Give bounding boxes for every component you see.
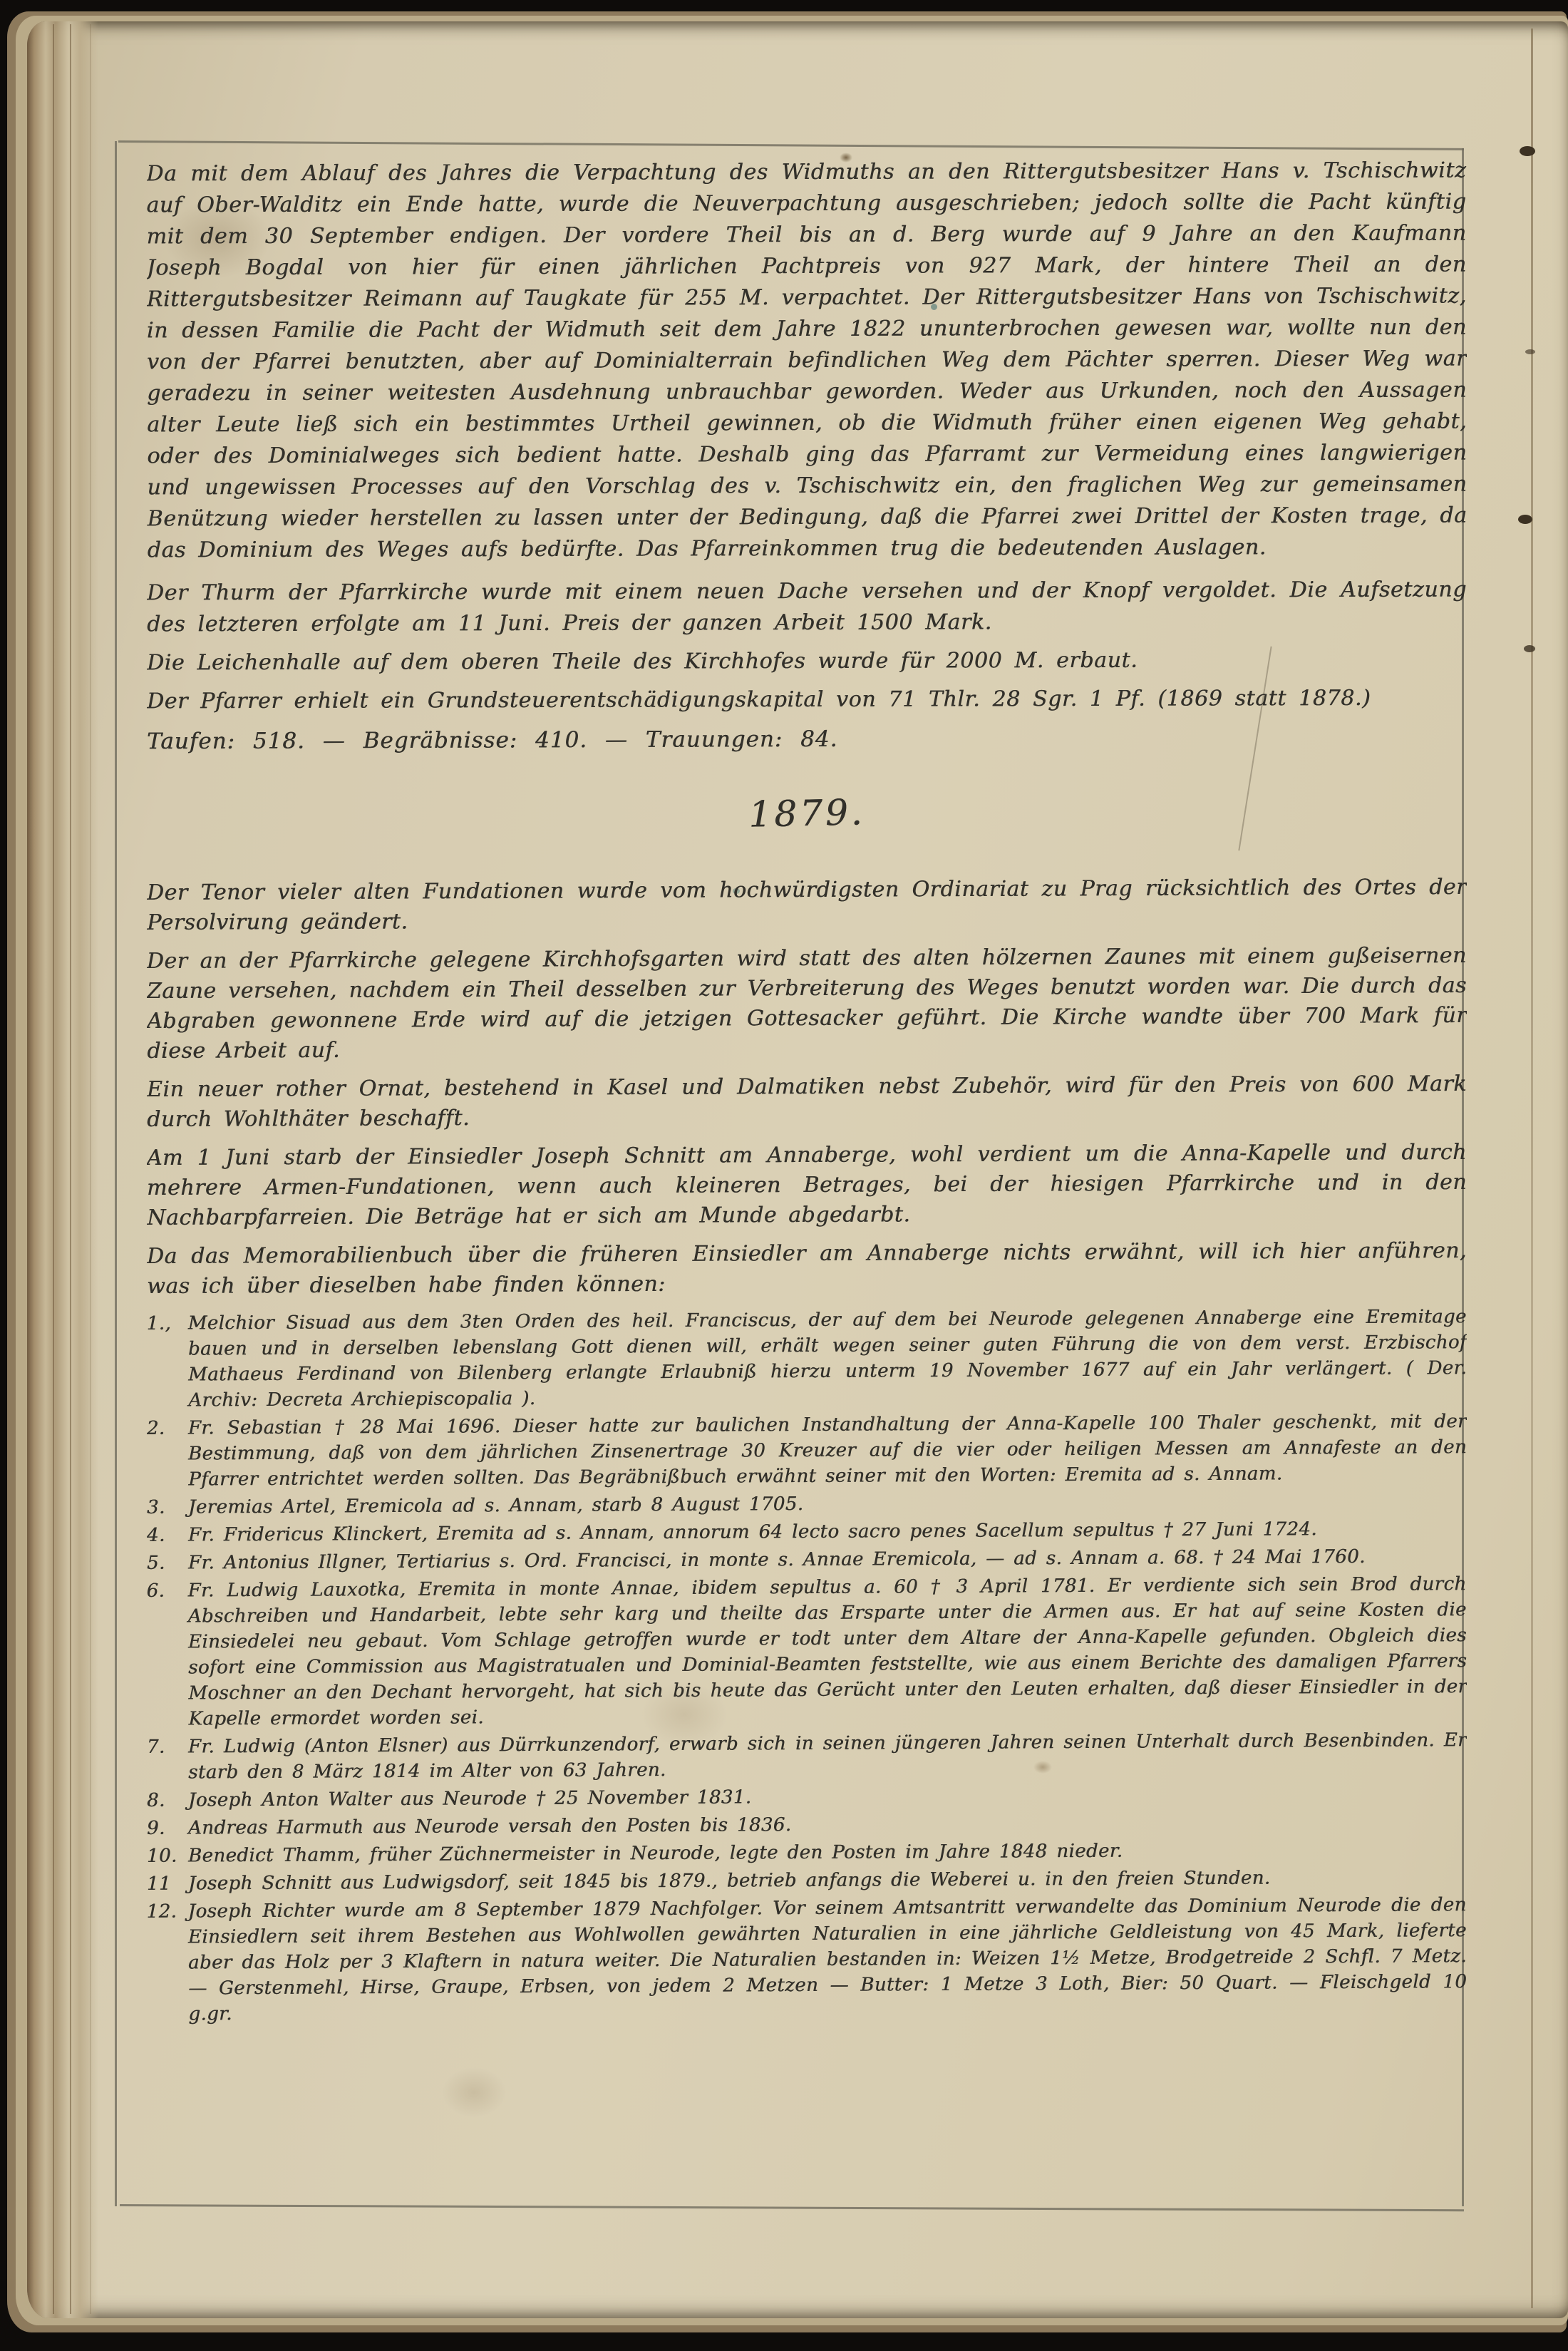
parish-statistics-line: Taufen: 518. — Begräbnisse: 410. — Trauu… — [147, 721, 1467, 758]
list-item-text: Jeremias Artel, Eremicola ad s. Annam, s… — [188, 1493, 803, 1518]
paragraph-tax-compensation: Der Pfarrer erhielt ein Grundsteuerentsc… — [147, 683, 1467, 718]
list-item: 12. Joseph Richter wurde am 8 September … — [147, 1892, 1467, 2027]
list-item-number: 11 — [147, 1871, 182, 1897]
list-item-text: Fr. Ludwig Lauxotka, Eremita in monte An… — [187, 1573, 1467, 1729]
list-item-number: 9. — [147, 1816, 182, 1841]
page-fold-line — [1531, 29, 1533, 2308]
list-item: 3. Jeremias Artel, Eremicola ad s. Annam… — [147, 1488, 1467, 1521]
list-item-text: Joseph Schnitt aus Ludwigsdorf, seit 184… — [188, 1868, 1271, 1895]
list-item-number: 4. — [147, 1523, 182, 1548]
paragraph-kirchhofsgarten: Der an der Pfarrkirche gelegene Kirchhof… — [147, 941, 1467, 1066]
list-item: 7. Fr. Ludwig (Anton Elsner) aus Dürrkun… — [147, 1727, 1467, 1786]
list-item-number: 3. — [147, 1495, 182, 1521]
scanned-book-page: Da mit dem Ablauf des Jahres die Verpach… — [0, 0, 1568, 2351]
list-item-number: 1., — [147, 1311, 182, 1337]
list-item-number: 8. — [147, 1788, 182, 1814]
list-item-text: Joseph Anton Walter aus Neurode † 25 Nov… — [188, 1786, 751, 1811]
paragraph-memorabilienbuch: Da das Memorabilienbuch über die frühere… — [147, 1236, 1467, 1302]
pencil-rule-left — [115, 141, 117, 2206]
wormhole — [1525, 349, 1535, 354]
gutter-page-edge-line — [90, 24, 91, 2314]
list-item-number: 10. — [147, 1843, 182, 1869]
wormhole — [1520, 146, 1535, 156]
list-item: 10. Benedict Thamm, früher Züchnermeiste… — [147, 1836, 1467, 1869]
list-item-text: Andreas Harmuth aus Neurode versah den P… — [188, 1814, 791, 1838]
list-item-number: 12. — [147, 1899, 182, 1925]
paragraph-church-tower: Der Thurm der Pfarrkirche wurde mit eine… — [147, 575, 1467, 641]
list-item: 4. Fr. Fridericus Klinckert, Eremita ad … — [147, 1516, 1467, 1548]
wormhole — [1518, 515, 1532, 524]
gutter-page-edge-line — [70, 24, 71, 2314]
paragraph-widmuth-lease: Da mit dem Ablauf des Jahres die Verpach… — [147, 157, 1467, 566]
year-heading: 1879. — [147, 779, 1467, 848]
list-item-number: 7. — [147, 1734, 182, 1760]
list-item: 1., Melchior Sisuad aus dem 3ten Orden d… — [147, 1304, 1467, 1414]
list-item-text: Fr. Antonius Illgner, Tertiarius s. Ord.… — [188, 1546, 1366, 1574]
list-item: 8. Joseph Anton Walter aus Neurode † 25 … — [147, 1781, 1467, 1814]
gutter-page-edge-line — [53, 24, 54, 2314]
paragraph-mortuary: Die Leichenhalle auf dem oberen Theile d… — [147, 644, 1467, 679]
hermit-list: 1., Melchior Sisuad aus dem 3ten Orden d… — [147, 1307, 1467, 2024]
list-item: 11 Joseph Schnitt aus Ludwigsdorf, seit … — [147, 1864, 1467, 1897]
section-1879: Der Tenor vieler alten Fundationen wurde… — [147, 875, 1467, 1299]
list-item-text: Joseph Richter wurde am 8 September 1879… — [188, 1894, 1467, 2025]
list-item: 2. Fr. Sebastian † 28 Mai 1696. Dieser h… — [147, 1409, 1467, 1493]
list-item-text: Fr. Fridericus Klinckert, Eremita ad s. … — [188, 1518, 1317, 1545]
list-item-text: Benedict Thamm, früher Züchnermeister in… — [188, 1841, 1123, 1867]
list-item: 6. Fr. Ludwig Lauxotka, Eremita in monte… — [147, 1571, 1467, 1732]
paragraph-ornat: Ein neuer rother Ornat, bestehend in Kas… — [147, 1069, 1467, 1135]
list-item: 5. Fr. Antonius Illgner, Tertiarius s. O… — [147, 1543, 1467, 1576]
wormhole — [1524, 645, 1535, 652]
list-item-number: 6. — [147, 1578, 182, 1604]
section-1878-closing: Da mit dem Ablauf des Jahres die Verpach… — [147, 157, 1467, 756]
paragraph-fundationen: Der Tenor vieler alten Fundationen wurde… — [147, 873, 1467, 938]
list-item-text: Fr. Sebastian † 28 Mai 1696. Dieser hatt… — [188, 1411, 1467, 1490]
list-item-text: Fr. Ludwig (Anton Elsner) aus Dürrkunzen… — [188, 1729, 1467, 1783]
list-item-number: 5. — [147, 1550, 182, 1576]
list-item-number: 2. — [147, 1416, 182, 1441]
handwritten-text: Da mit dem Ablauf des Jahres die Verpach… — [147, 157, 1467, 2226]
paragraph-einsiedler-schnitt: Am 1 Juni starb der Einsiedler Joseph Sc… — [147, 1138, 1467, 1233]
list-item-text: Melchior Sisuad aus dem 3ten Orden des h… — [188, 1306, 1467, 1411]
list-item: 9. Andreas Harmuth aus Neurode versah de… — [147, 1809, 1467, 1841]
